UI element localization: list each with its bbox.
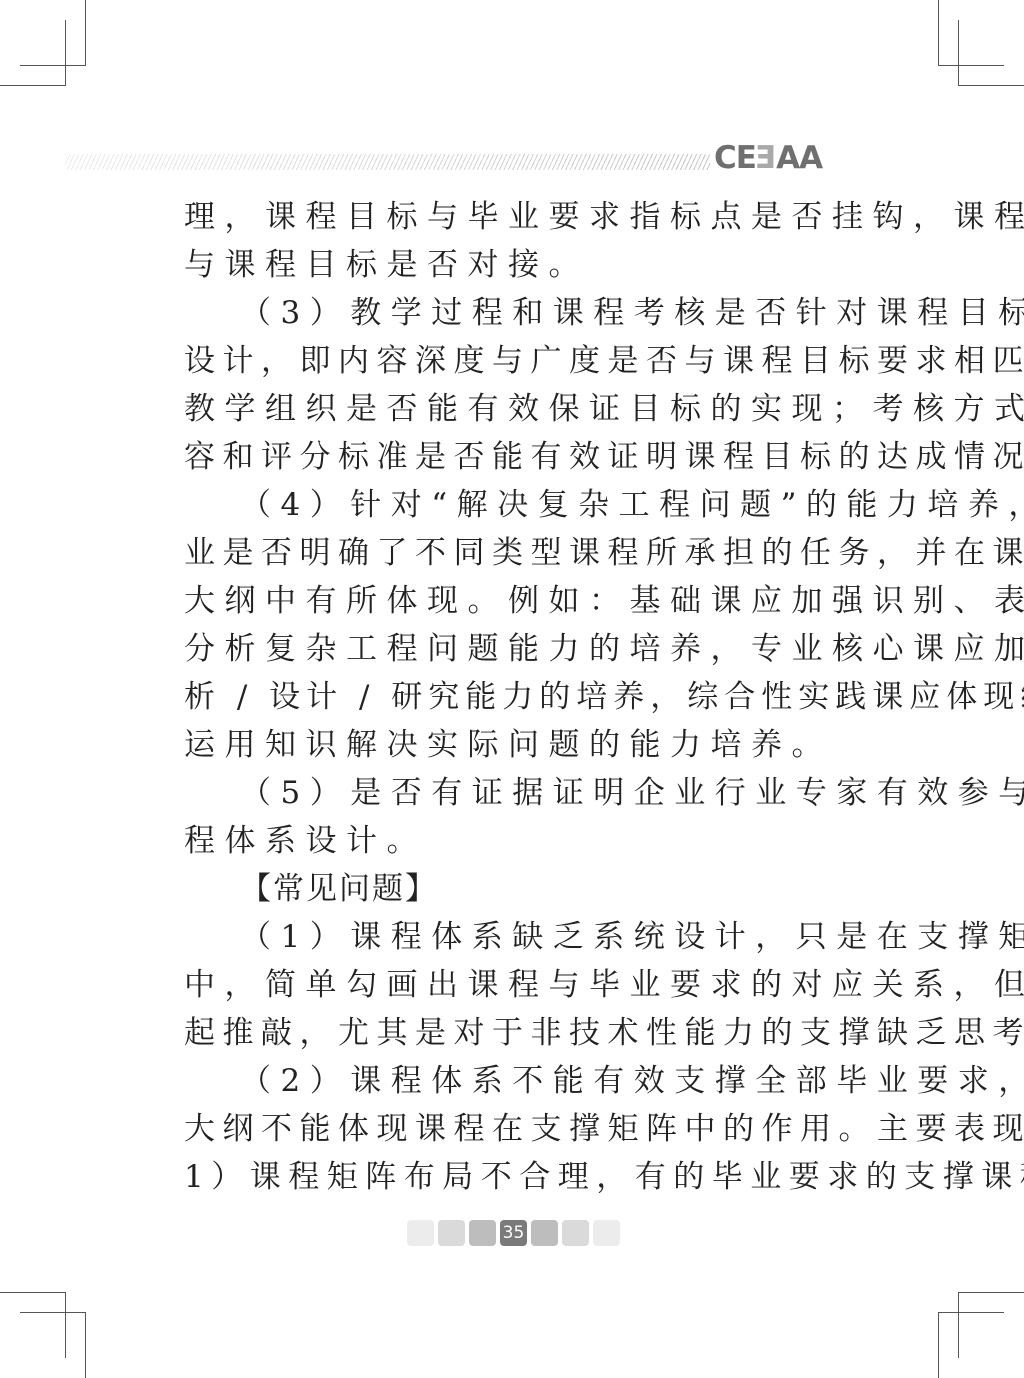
page-body: 理，课程目标与毕业要求指标点是否挂钩，课程内容 与课程目标是否对接。 （3）教学…	[184, 193, 844, 1201]
crop-mark	[958, 85, 1024, 86]
crop-mark	[85, 0, 86, 65]
text-line: 起推敲，尤其是对于非技术性能力的支撑缺乏思考。	[184, 1009, 844, 1057]
crop-mark	[938, 1312, 939, 1378]
text-line: 与课程目标是否对接。	[184, 241, 844, 289]
text-line: 程体系设计。	[184, 817, 844, 865]
text-line: 运用知识解决实际问题的能力培养。	[184, 721, 844, 769]
logo-part-ce: CE	[714, 143, 756, 173]
crop-mark	[958, 1292, 1024, 1293]
logo-part-aa: AA	[776, 143, 822, 173]
crop-mark	[85, 1312, 86, 1378]
paragraph-start: （3）教学过程和课程考核是否针对课程目标进行	[184, 289, 844, 337]
section-heading: 【常见问题】	[184, 865, 844, 913]
pager-block	[469, 1220, 496, 1246]
crop-mark	[938, 0, 939, 65]
page-number: 35	[500, 1220, 527, 1246]
pager-block	[593, 1220, 620, 1246]
page-number-indicator: 35	[407, 1220, 620, 1246]
text-line: 业是否明确了不同类型课程所承担的任务，并在课程	[184, 529, 844, 577]
crop-mark	[20, 1312, 86, 1313]
text-line: 1）课程矩阵布局不合理，有的毕业要求的支撑课程密	[184, 1153, 844, 1201]
text-line: 容和评分标准是否能有效证明课程目标的达成情况。	[184, 433, 844, 481]
text-line: 大纲中有所体现。例如：基础课应加强识别、表达和	[184, 577, 844, 625]
crop-mark	[20, 65, 86, 66]
logo-part-mirrored-e: E	[756, 143, 776, 173]
paragraph-start: （4）针对“解决复杂工程问题”的能力培养，专	[184, 481, 844, 529]
ceeaa-logo: CEEAA	[714, 143, 822, 173]
crop-mark	[0, 1292, 66, 1293]
text-line: 析 / 设计 / 研究能力的培养，综合性实践课应体现综合	[184, 673, 844, 721]
paragraph-start: （1）课程体系缺乏系统设计，只是在支撑矩阵表	[184, 913, 844, 961]
text-line: 分析复杂工程问题能力的培养，专业核心课应加强分	[184, 625, 844, 673]
header-hatch-band	[65, 154, 710, 170]
pager-block	[407, 1220, 434, 1246]
paragraph-start: （2）课程体系不能有效支撑全部毕业要求，课程	[184, 1057, 844, 1105]
crop-mark	[65, 1292, 66, 1358]
text-line: 大纲不能体现课程在支撑矩阵中的作用。主要表现在：	[184, 1105, 844, 1153]
crop-mark	[0, 85, 66, 86]
pager-block	[562, 1220, 589, 1246]
crop-mark	[958, 1292, 959, 1358]
text-line: 教学组织是否能有效保证目标的实现；考核方式、内	[184, 385, 844, 433]
text-line: 中，简单勾画出课程与毕业要求的对应关系，但经不	[184, 961, 844, 1009]
pager-block	[531, 1220, 558, 1246]
crop-mark	[65, 20, 66, 85]
crop-mark	[938, 1312, 1004, 1313]
pager-block	[438, 1220, 465, 1246]
crop-mark	[958, 20, 959, 85]
crop-mark	[938, 65, 1004, 66]
text-line: 设计，即内容深度与广度是否与课程目标要求相匹配；	[184, 337, 844, 385]
paragraph-start: （5）是否有证据证明企业行业专家有效参与了课	[184, 769, 844, 817]
text-line: 理，课程目标与毕业要求指标点是否挂钩，课程内容	[184, 193, 844, 241]
